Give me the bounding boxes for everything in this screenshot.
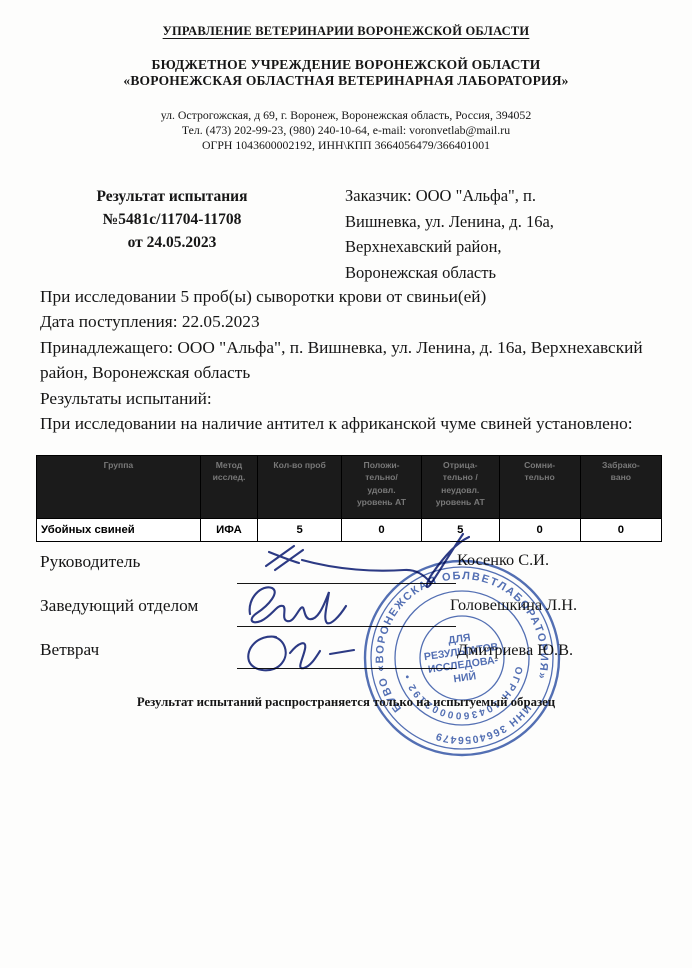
- header-cell-negative: Отрица- тельно / неудовл. уровень АТ: [422, 456, 500, 519]
- header-cell-sample-count: Кол-во проб: [258, 456, 342, 519]
- body-line-owner: Принадлежащего: ООО "Альфа", п. Вишневка…: [40, 335, 662, 386]
- stamp-center-text: ДЛЯРЕЗУЛЬТАТОВИССЛЕДОВА-НИЙ: [421, 628, 503, 689]
- results-table: Группа Метод исслед. Кол-во проб Положи-…: [36, 455, 662, 542]
- body-line-test-subject: При исследовании на наличие антител к аф…: [40, 411, 662, 436]
- department-name: УПРАВЛЕНИЕ ВЕТЕРИНАРИИ ВОРОНЕЖСКОЙ ОБЛАС…: [0, 24, 692, 39]
- header-cell-rejected: Забрако- вано: [580, 456, 661, 519]
- body-line-samples: При исследовании 5 проб(ы) сыворотки кро…: [40, 284, 662, 309]
- header-cell-positive: Положи- тельно/ удовл. уровень АТ: [342, 456, 422, 519]
- official-stamp-icon: БУВО «ВОРОНЕЖСКАЯ ОБЛВЕТЛАБОРАТОРИЯ» ИНН…: [361, 557, 563, 759]
- header-cell-method: Метод исслед.: [200, 456, 258, 519]
- customer-block: Заказчик: ООО "Альфа", п. Вишневка, ул. …: [345, 183, 650, 285]
- signature-role-vet: Ветврач: [40, 640, 99, 660]
- cell-doubtful: 0: [499, 519, 580, 542]
- cell-rejected: 0: [580, 519, 661, 542]
- body-line-received-date: Дата поступления: 22.05.2023: [40, 309, 662, 334]
- scanned-document: УПРАВЛЕНИЕ ВЕТЕРИНАРИИ ВОРОНЕЖСКОЙ ОБЛАС…: [0, 0, 692, 968]
- table-header-row: Группа Метод исслед. Кол-во проб Положи-…: [37, 456, 662, 519]
- cell-group: Убойных свиней: [37, 519, 201, 542]
- signature-role-head-of-dept: Заведующий отделом: [40, 596, 198, 616]
- organization-name: БЮДЖЕТНОЕ УЧРЕЖДЕНИЕ ВОРОНЕЖСКОЙ ОБЛАСТИ…: [0, 57, 692, 89]
- body-text: При исследовании 5 проб(ы) сыворотки кро…: [40, 284, 662, 436]
- body-line-results-label: Результаты испытаний:: [40, 386, 662, 411]
- result-title-block: Результат испытания №5481с/11704-11708 о…: [52, 185, 292, 254]
- footer-note: Результат испытаний распространяется тол…: [0, 695, 692, 710]
- signature-role-director: Руководитель: [40, 552, 140, 572]
- header-cell-doubtful: Сомни- тельно: [499, 456, 580, 519]
- organization-contacts: ул. Острогожская, д 69, г. Воронеж, Воро…: [0, 108, 692, 153]
- header-cell-group: Группа: [37, 456, 201, 519]
